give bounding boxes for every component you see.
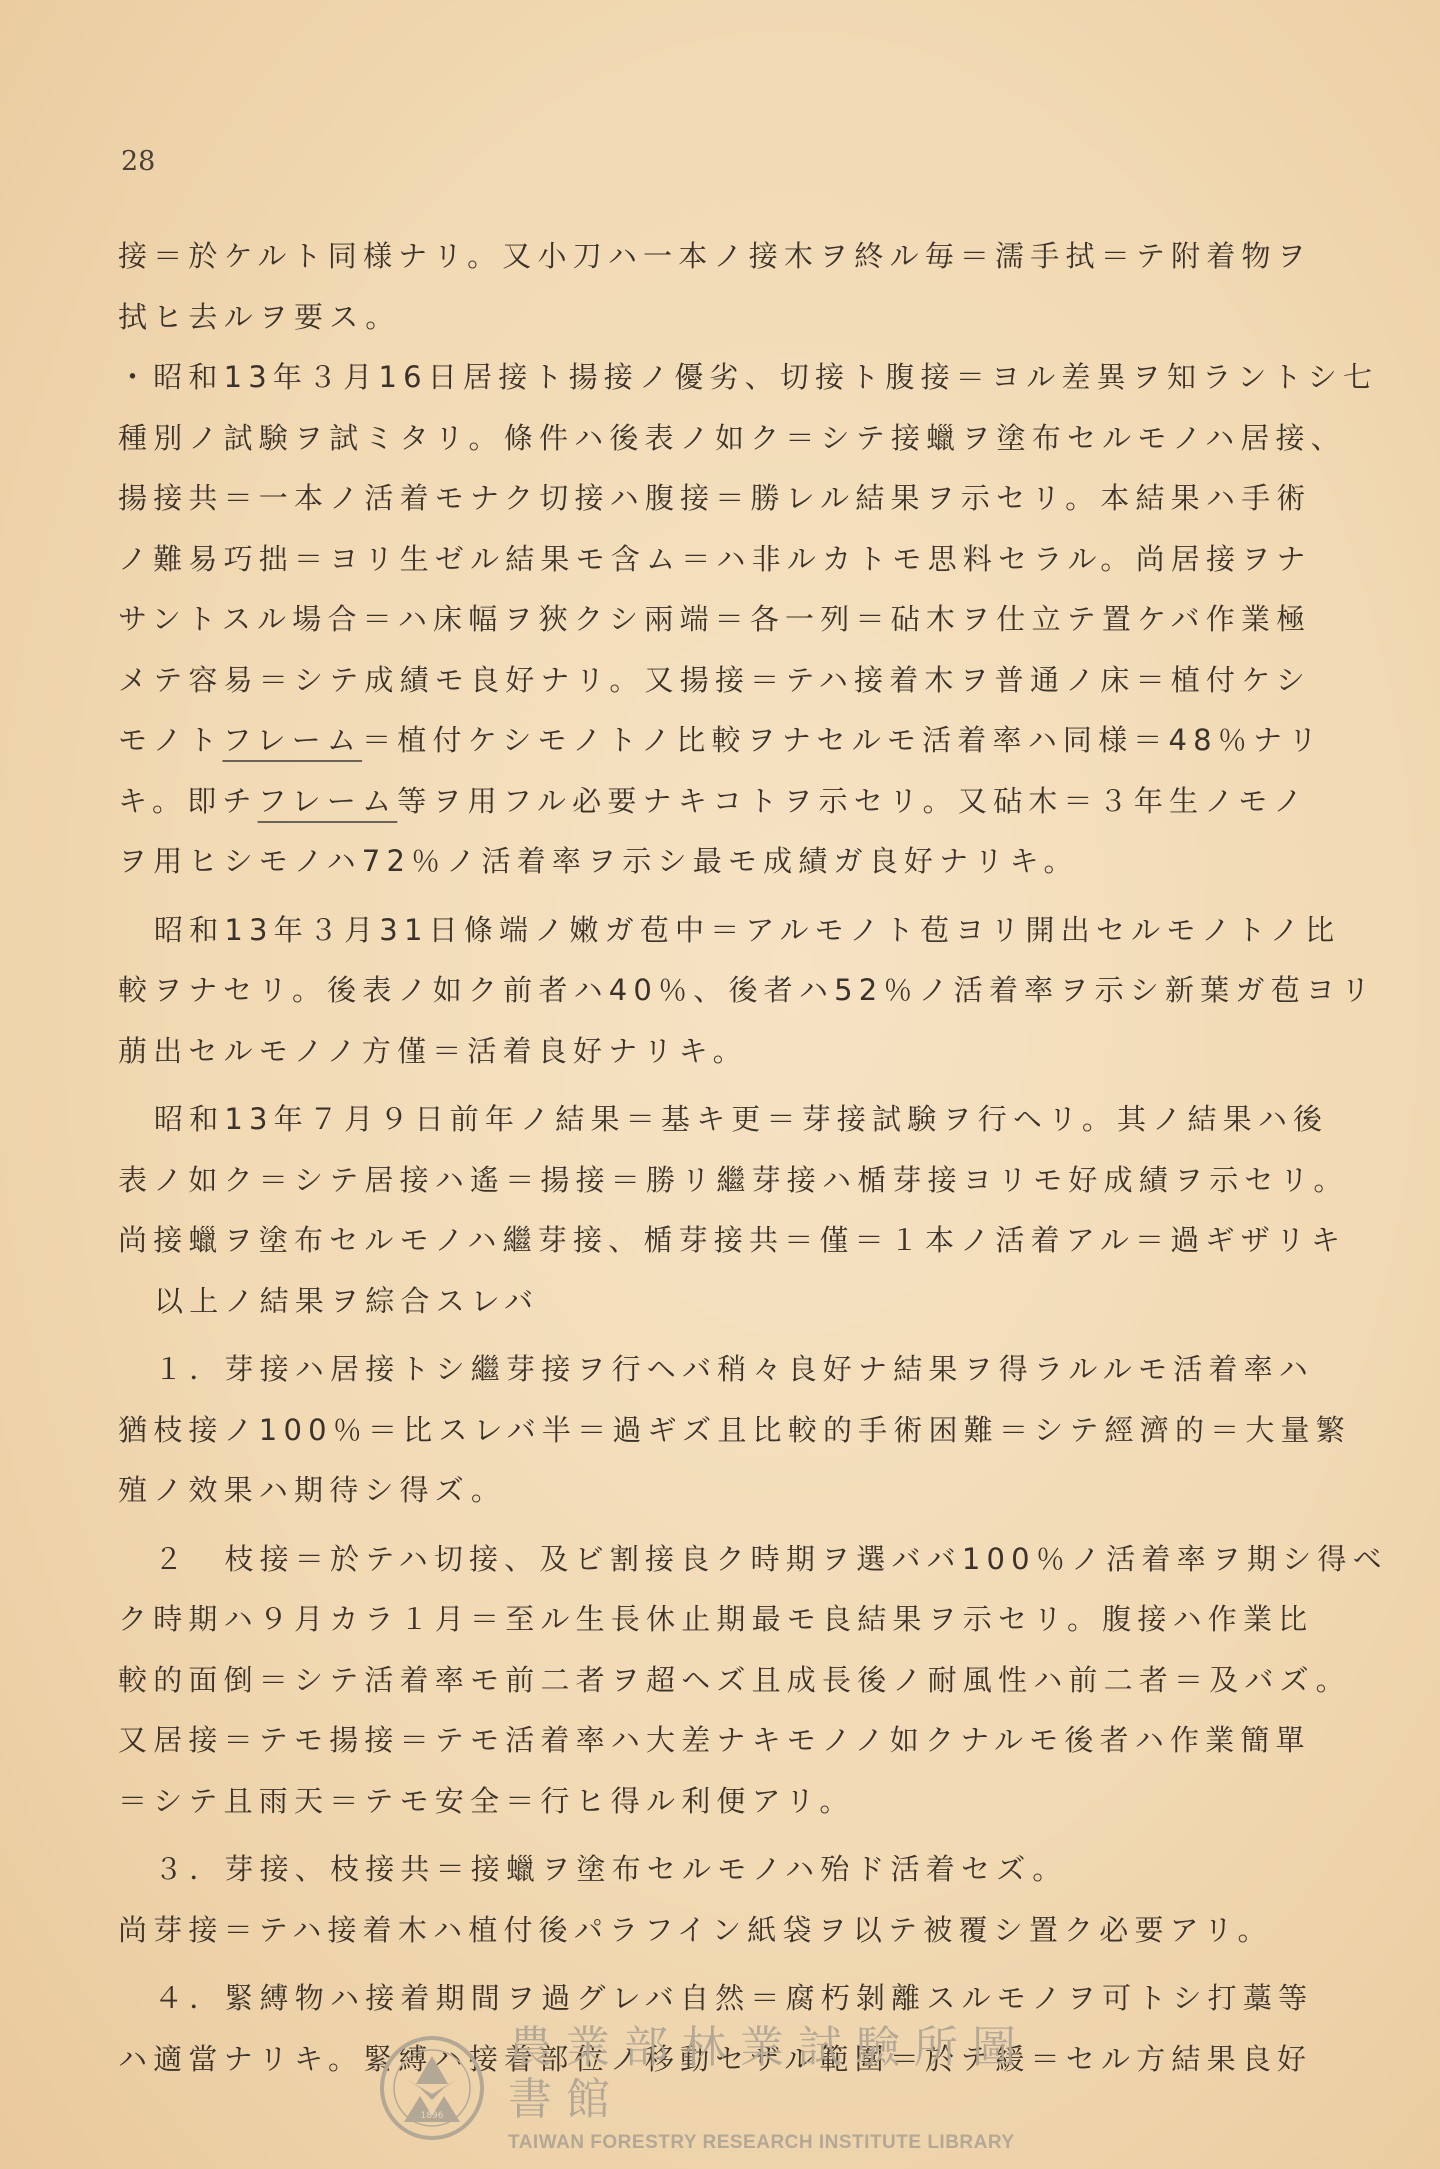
paragraph-start-line: ・昭和13年３月16日居接ト揚接ノ優劣、切接ト腹接＝ヨル差異ヲ知ラントシ七: [118, 357, 1293, 418]
body-text: 接＝於ケルト同様ナリ。又小刀ハ一本ノ接木ヲ終ル毎＝濡手拭＝テ附着物ヲ 拭ヒ去ルヲ…: [118, 236, 1293, 2099]
text-line: サントスル場合＝ハ床幅ヲ狹クシ兩端＝各一列＝砧木ヲ仕立テ置ケバ作業極: [118, 599, 1293, 660]
text-line: 表ノ如ク＝シテ居接ハ遙＝揚接＝勝リ繼芽接ハ楯芽接ヨリモ好成績ヲ示セリ。: [118, 1160, 1293, 1221]
text-line: メテ容易＝シテ成績モ良好ナリ。又揚接＝テハ接着木ヲ普通ノ床＝植付ケシ: [118, 660, 1293, 721]
numbered-item-2: ２ 枝接＝於テハ切接、及ビ割接良ク時期ヲ選ババ100％ノ活着率ヲ期シ得ベ: [118, 1539, 1293, 1600]
library-name: 農業部林業試驗所圖書館 TAIWAN FORESTRY RESEARCH INS…: [508, 2022, 1078, 2154]
text-line: 猶枝接ノ100％＝比スレバ半＝過ギズ且比較的手術困難＝シテ經濟的＝大量繁: [118, 1410, 1293, 1471]
text-line: 殖ノ效果ハ期待シ得ズ。: [118, 1470, 1293, 1531]
text-line-with-underline: キ。即チフレーム等ヲ用フル必要ナキコトヲ示セリ。又砧木＝３年生ノモノ: [118, 781, 1293, 842]
text-line: 尚芽接＝テハ接着木ハ植付後パラフイン紙袋ヲ以テ被覆シ置ク必要アリ。: [118, 1910, 1293, 1971]
text-line: 揚接共＝一本ノ活着モナク切接ハ腹接＝勝レル結果ヲ示セリ。本結果ハ手術: [118, 478, 1293, 539]
underlined-term-frame: フレーム: [258, 784, 398, 818]
text-line: 又居接＝テモ揚接＝テモ活着率ハ大差ナキモノノ如クナルモ後者ハ作業簡單: [118, 1720, 1293, 1781]
library-name-en: TAIWAN FORESTRY RESEARCH INSTITUTE LIBRA…: [508, 2132, 1078, 2154]
text-line: ＝シテ且雨天＝テモ安全＝行ヒ得ル利便アリ。: [118, 1781, 1293, 1842]
text-line: 萠出セルモノノ方僅＝活着良好ナリキ。: [118, 1031, 1293, 1092]
text-line: 較ヲナセリ。後表ノ如ク前者ハ40％、後者ハ52％ノ活着率ヲ示シ新葉ガ苞ヨリ: [118, 970, 1293, 1031]
library-watermark: 1896 農業部林業試驗所圖書館 TAIWAN FORESTRY RESEARC…: [378, 2018, 1078, 2158]
text-line: 尚接蠟ヲ塗布セルモノハ繼芽接、楯芽接共＝僅＝１本ノ活着アル＝過ギザリキ: [118, 1220, 1293, 1281]
text-segment: ＝植付ケシモノトノ比較ヲナセルモ活着率ハ同様＝48％ナリ: [362, 723, 1323, 757]
text-line: 種別ノ試験ヲ試ミタリ。條件ハ後表ノ如ク＝シテ接蠟ヲ塗布セルモノハ居接、: [118, 418, 1293, 479]
numbered-item-1: １．芽接ハ居接トシ繼芽接ヲ行ヘバ稍々良好ナ結果ヲ得ラルルモ活着率ハ: [118, 1349, 1293, 1410]
seal-year: 1896: [421, 2111, 444, 2121]
numbered-item-3: ３．芽接、枝接共＝接蠟ヲ塗布セルモノハ殆ド活着セズ。: [118, 1849, 1293, 1910]
paragraph-start-line: 昭和13年７月９日前年ノ結果＝基キ更＝芽接試験ヲ行ヘリ。其ノ結果ハ後: [118, 1099, 1293, 1160]
library-name-zh: 農業部林業試驗所圖書館: [508, 2022, 1078, 2126]
page-number: 28: [121, 146, 155, 177]
text-segment: キ。即チ: [118, 784, 258, 818]
institute-seal-icon: 1896: [378, 2034, 486, 2142]
text-line: ヲ用ヒシモノハ72％ノ活着率ヲ示シ最モ成績ガ良好ナリキ。: [118, 841, 1293, 902]
paragraph-start-line: 昭和13年３月31日條端ノ嫩ガ苞中＝アルモノト苞ヨリ開出セルモノトノ比: [118, 910, 1293, 971]
scanned-page: 28 接＝於ケルト同様ナリ。又小刀ハ一本ノ接木ヲ終ル毎＝濡手拭＝テ附着物ヲ 拭ヒ…: [0, 0, 1440, 2169]
text-line: ノ難易巧拙＝ヨリ生ゼル結果モ含ム＝ハ非ルカトモ思料セラル。尚居接ヲナ: [118, 539, 1293, 600]
text-line: 接＝於ケルト同様ナリ。又小刀ハ一本ノ接木ヲ終ル毎＝濡手拭＝テ附着物ヲ: [118, 236, 1293, 297]
text-segment: モノト: [118, 723, 222, 757]
text-line: 拭ヒ去ルヲ要ス。: [118, 297, 1293, 358]
underlined-term-frame: フレーム: [222, 723, 362, 757]
text-segment: 等ヲ用フル必要ナキコトヲ示セリ。又砧木＝３年生ノモノ: [397, 784, 1308, 818]
text-line: 較的面倒＝シテ活着率モ前二者ヲ超ヘズ且成長後ノ耐風性ハ前二者＝及バズ。: [118, 1660, 1293, 1721]
text-line: ク時期ハ９月カラ１月＝至ル生長休止期最モ良結果ヲ示セリ。腹接ハ作業比: [118, 1599, 1293, 1660]
text-line-with-underline: モノトフレーム＝植付ケシモノトノ比較ヲナセルモ活着率ハ同様＝48％ナリ: [118, 720, 1293, 781]
summary-intro-line: 以上ノ結果ヲ綜合スレバ: [118, 1281, 1293, 1342]
